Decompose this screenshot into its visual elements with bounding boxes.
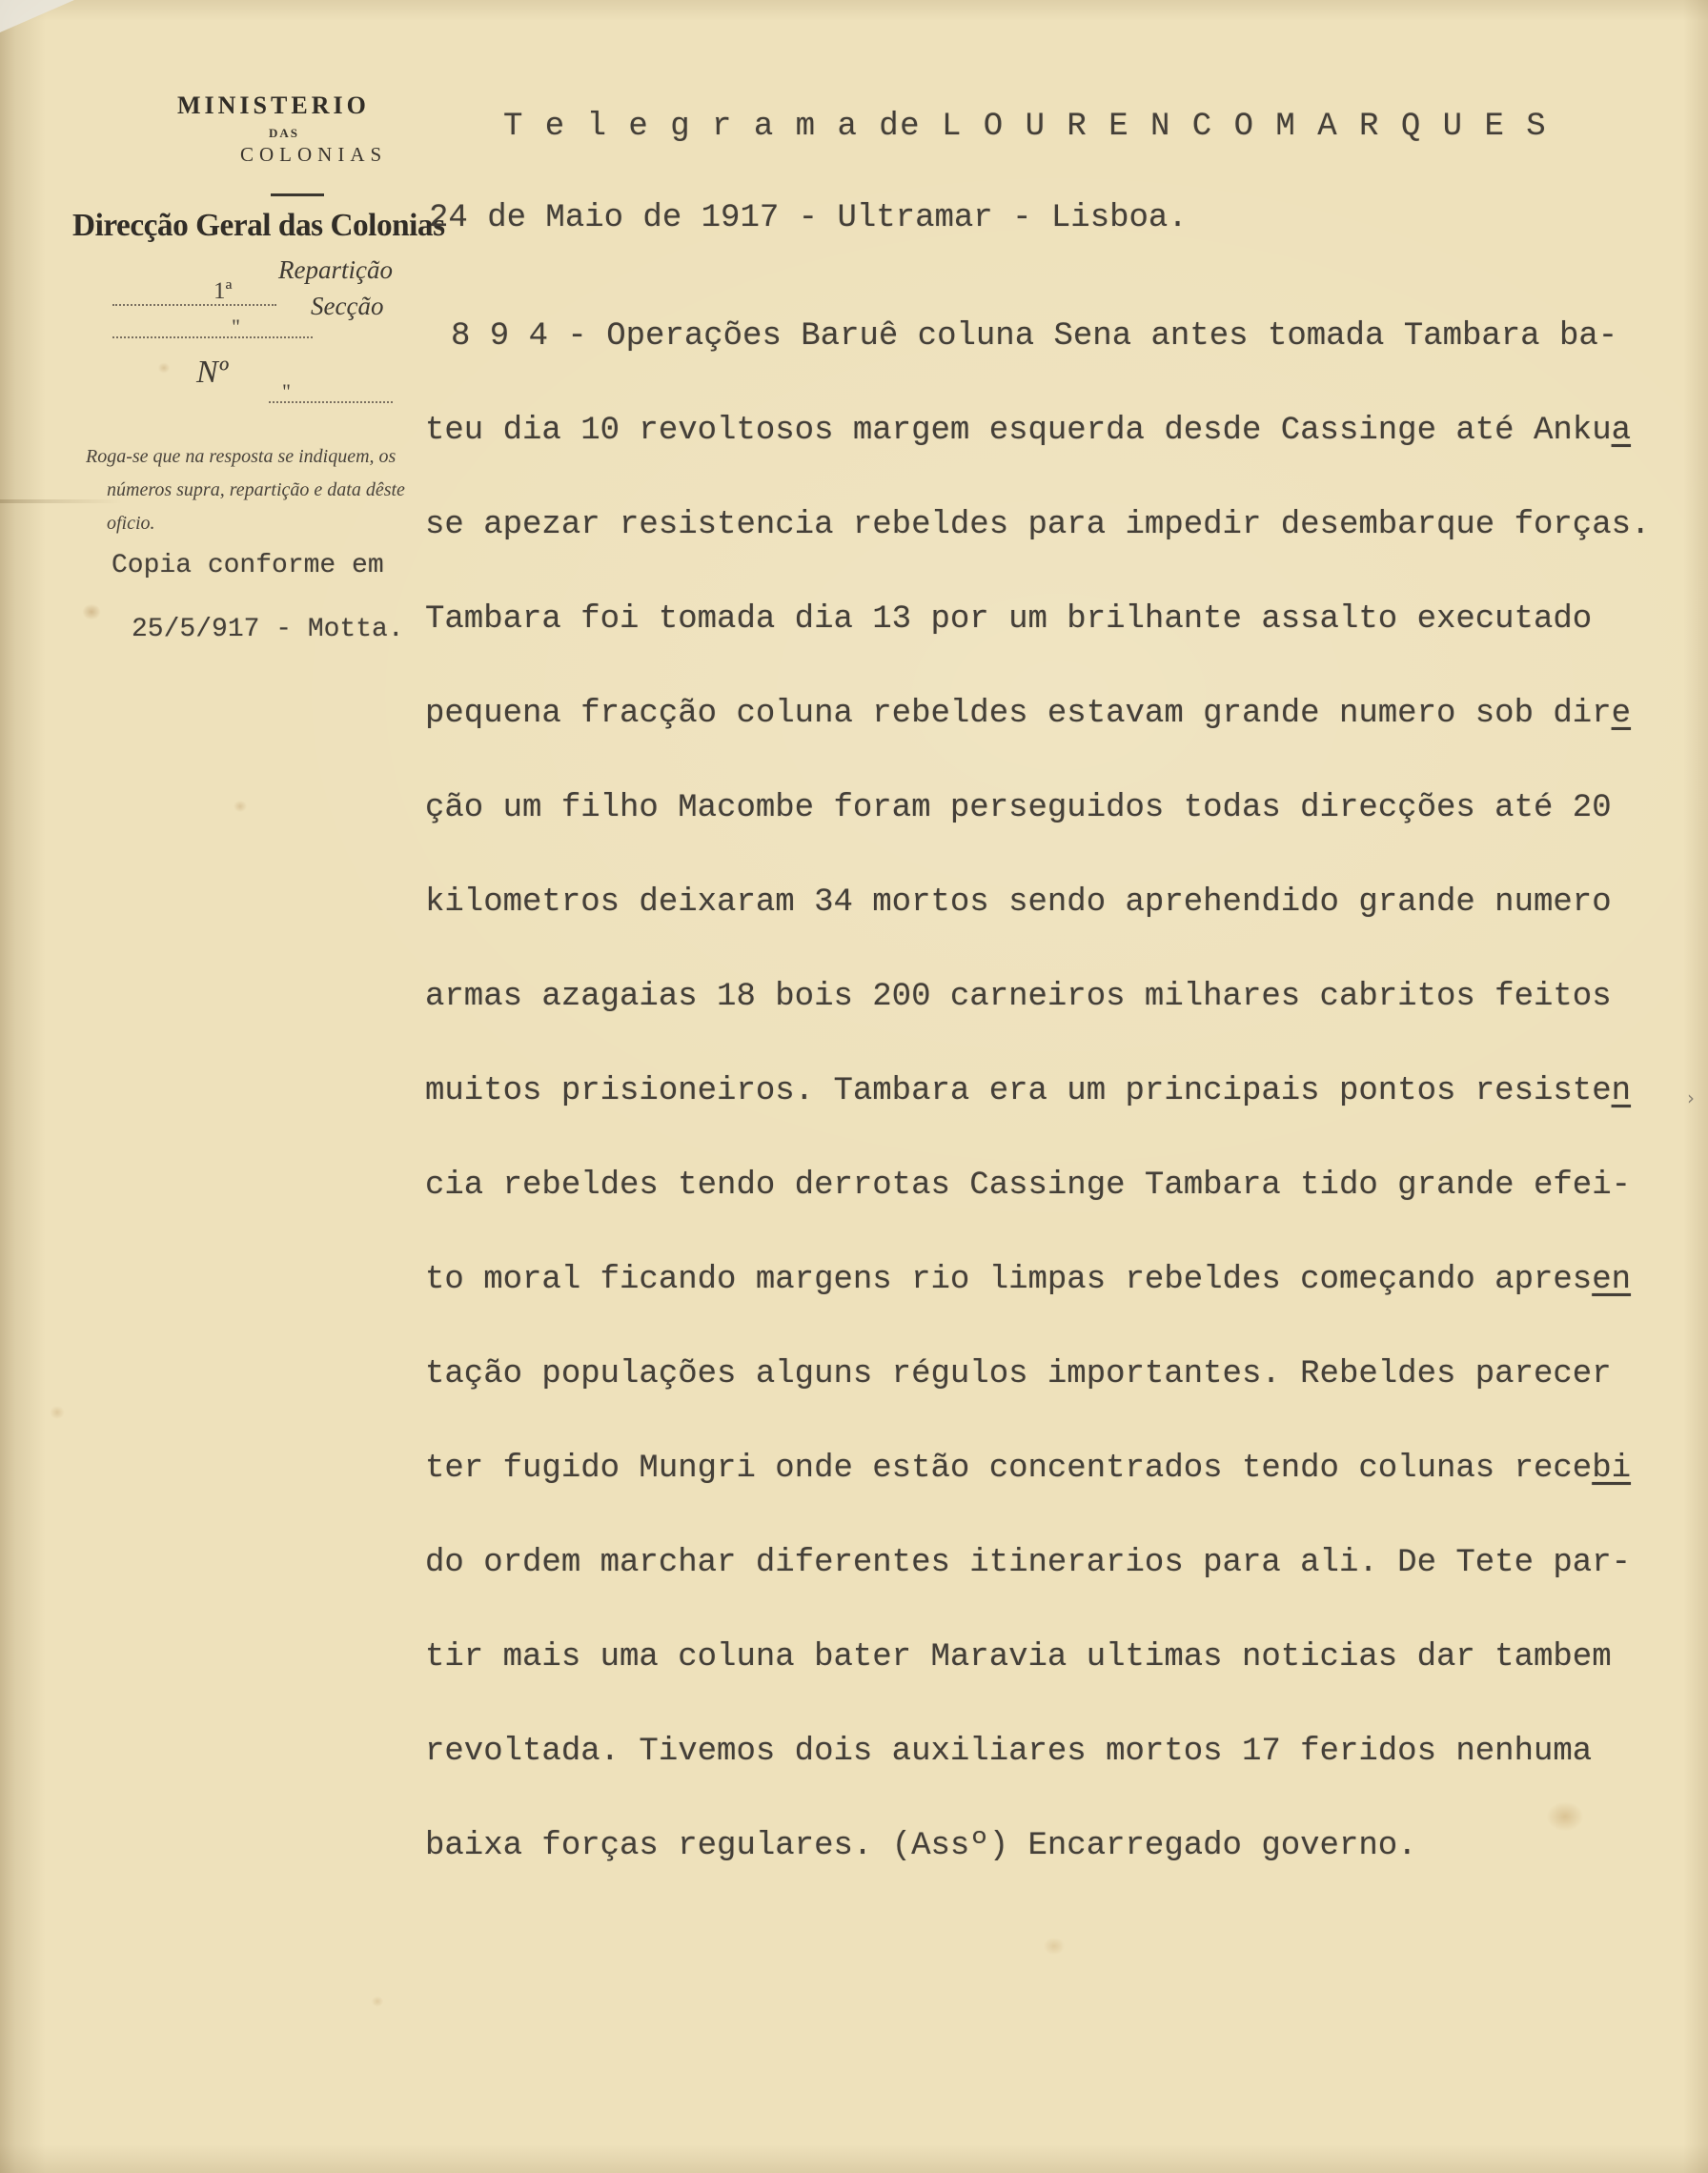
telegram-line: ter fugido Mungri onde estão concentrado… [425,1451,1664,1545]
copy-certification-line1: Copia conforme em [112,551,384,580]
paper-edge-mark: › [1687,1086,1700,1111]
telegram-document-page: › MINISTERIO DAS COLONIAS Direcção Geral… [0,0,1708,2173]
numero-label: Nº [196,355,228,391]
letterhead-rule [271,193,324,196]
reparticao-dotted-line [112,303,276,306]
underlined-continuation: n [1612,1073,1631,1109]
numero-ditto-mark: " [282,379,291,404]
telegram-line: do ordem marchar diferentes itinerarios … [425,1545,1664,1639]
reparticao-number: 1ª [213,278,232,305]
telegram-line: to moral ficando margens rio limpas rebe… [425,1262,1664,1356]
telegram-line: baixa forças regulares. (Assº) Encarrega… [425,1828,1664,1922]
reparticao-label: Repartição [278,255,393,285]
copy-certification-line2: 25/5/917 - Motta. [132,615,404,644]
telegram-line: Tambara foi tomada dia 13 por um brilhan… [425,601,1664,696]
seccao-dotted-line [112,335,313,338]
underlined-continuation: bi [1592,1451,1631,1487]
underlined-continuation: a [1612,413,1631,449]
seccao-ditto-mark: " [232,315,240,339]
telegram-line: pequena fracção coluna rebeldes estavam … [425,696,1664,790]
underlined-continuation: en [1592,1262,1631,1298]
seccao-label: Secção [311,292,383,321]
telegram-line: se apezar resistencia rebeldes para impe… [425,507,1664,601]
telegram-line: kilometros deixaram 34 mortos sendo apre… [425,884,1664,979]
telegram-line: 8 9 4 - Operações Baruê coluna Sena ante… [425,318,1664,413]
telegram-line: ção um filho Macombe foram perseguidos t… [425,790,1664,884]
torn-paper-corner [0,0,74,32]
telegram-line: teu dia 10 revoltosos margem esquerda de… [425,413,1664,507]
telegram-line: tação populações alguns régulos importan… [425,1356,1664,1451]
underlined-continuation: e [1612,696,1631,732]
letterhead-ministry-name: MINISTERIO [177,91,370,120]
telegram-line: muitos prisioneiros. Tambara era um prin… [425,1073,1664,1168]
telegram-title: T e l e g r a m a de L O U R E N C O M A… [503,109,1547,145]
telegram-dateline: 24 de Maio de 1917 - Ultramar - Lisboa. [429,200,1188,236]
telegram-line: revoltada. Tivemos dois auxiliares morto… [425,1734,1664,1828]
telegram-line: tir mais uma coluna bater Maravia ultima… [425,1639,1664,1734]
telegram-body: 8 9 4 - Operações Baruê coluna Sena ante… [425,318,1664,1922]
letterhead-direction-general: Direcção Geral das Colonias [72,208,415,244]
telegram-line: cia rebeldes tendo derrotas Cassinge Tam… [425,1168,1664,1262]
letterhead-ministry-das: DAS [269,126,299,141]
letterhead-ministry-colonias: COLONIAS [240,143,387,167]
telegram-line: armas azagaias 18 bois 200 carneiros mil… [425,979,1664,1073]
